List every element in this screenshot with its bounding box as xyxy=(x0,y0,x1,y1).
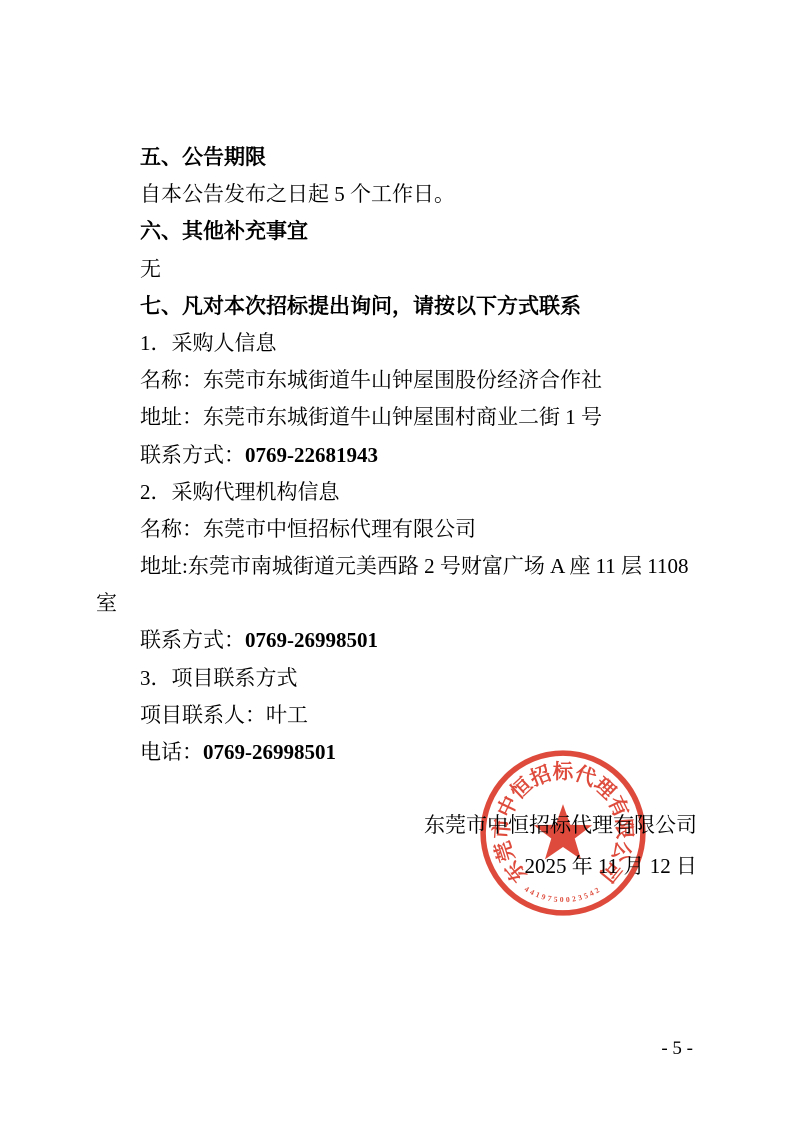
svg-text:4419750023542: 4419750023542 xyxy=(523,884,603,904)
project-phone-line: 电话：0769-26998501 xyxy=(96,734,753,771)
section-heading-supplementary: 六、其他补充事宜 xyxy=(96,213,753,250)
section-heading-contact-methods: 七、凡对本次招标提出询问，请按以下方式联系 xyxy=(96,288,753,325)
project-contact-person-line: 项目联系人：叶工 xyxy=(96,697,753,734)
purchaser-phone-value: 0769-22681943 xyxy=(245,443,378,467)
agency-name-line: 名称：东莞市中恒招标代理有限公司 xyxy=(96,511,753,548)
supplementary-text: 无 xyxy=(96,251,753,288)
agency-phone-value: 0769-26998501 xyxy=(245,628,378,652)
company-seal-stamp: 东莞市中恒招标代理有限公司 4419750023542 xyxy=(478,748,648,918)
purchaser-phone-label: 联系方式： xyxy=(140,443,245,467)
project-phone-value: 0769-26998501 xyxy=(203,740,336,764)
section-heading-announcement-period: 五、公告期限 xyxy=(96,139,753,176)
purchaser-phone-line: 联系方式：0769-22681943 xyxy=(96,437,753,474)
agency-address-continuation: 室 xyxy=(96,585,753,622)
document-body: 五、公告期限 自本公告发布之日起 5 个工作日。 六、其他补充事宜 无 七、凡对… xyxy=(96,139,753,771)
project-contact-heading: 3．项目联系方式 xyxy=(96,660,753,697)
purchaser-address-line: 地址：东莞市东城街道牛山钟屋围村商业二街 1 号 xyxy=(96,399,753,436)
agency-phone-line: 联系方式：0769-26998501 xyxy=(96,622,753,659)
seal-star-icon xyxy=(534,804,592,859)
seal-serial-number: 4419750023542 xyxy=(523,884,603,904)
agency-phone-label: 联系方式： xyxy=(140,628,245,652)
announcement-period-text: 自本公告发布之日起 5 个工作日。 xyxy=(96,176,753,213)
agency-address-line: 地址:东莞市南城街道元美西路 2 号财富广场 A 座 11 层 1108 xyxy=(96,548,753,585)
page-number: - 5 - xyxy=(661,1038,693,1060)
project-phone-label: 电话： xyxy=(140,740,203,764)
agency-info-heading: 2．采购代理机构信息 xyxy=(96,474,753,511)
purchaser-info-heading: 1．采购人信息 xyxy=(96,325,753,362)
document-page: 五、公告期限 自本公告发布之日起 5 个工作日。 六、其他补充事宜 无 七、凡对… xyxy=(0,0,793,1122)
purchaser-name-line: 名称：东莞市东城街道牛山钟屋围股份经济合作社 xyxy=(96,362,753,399)
